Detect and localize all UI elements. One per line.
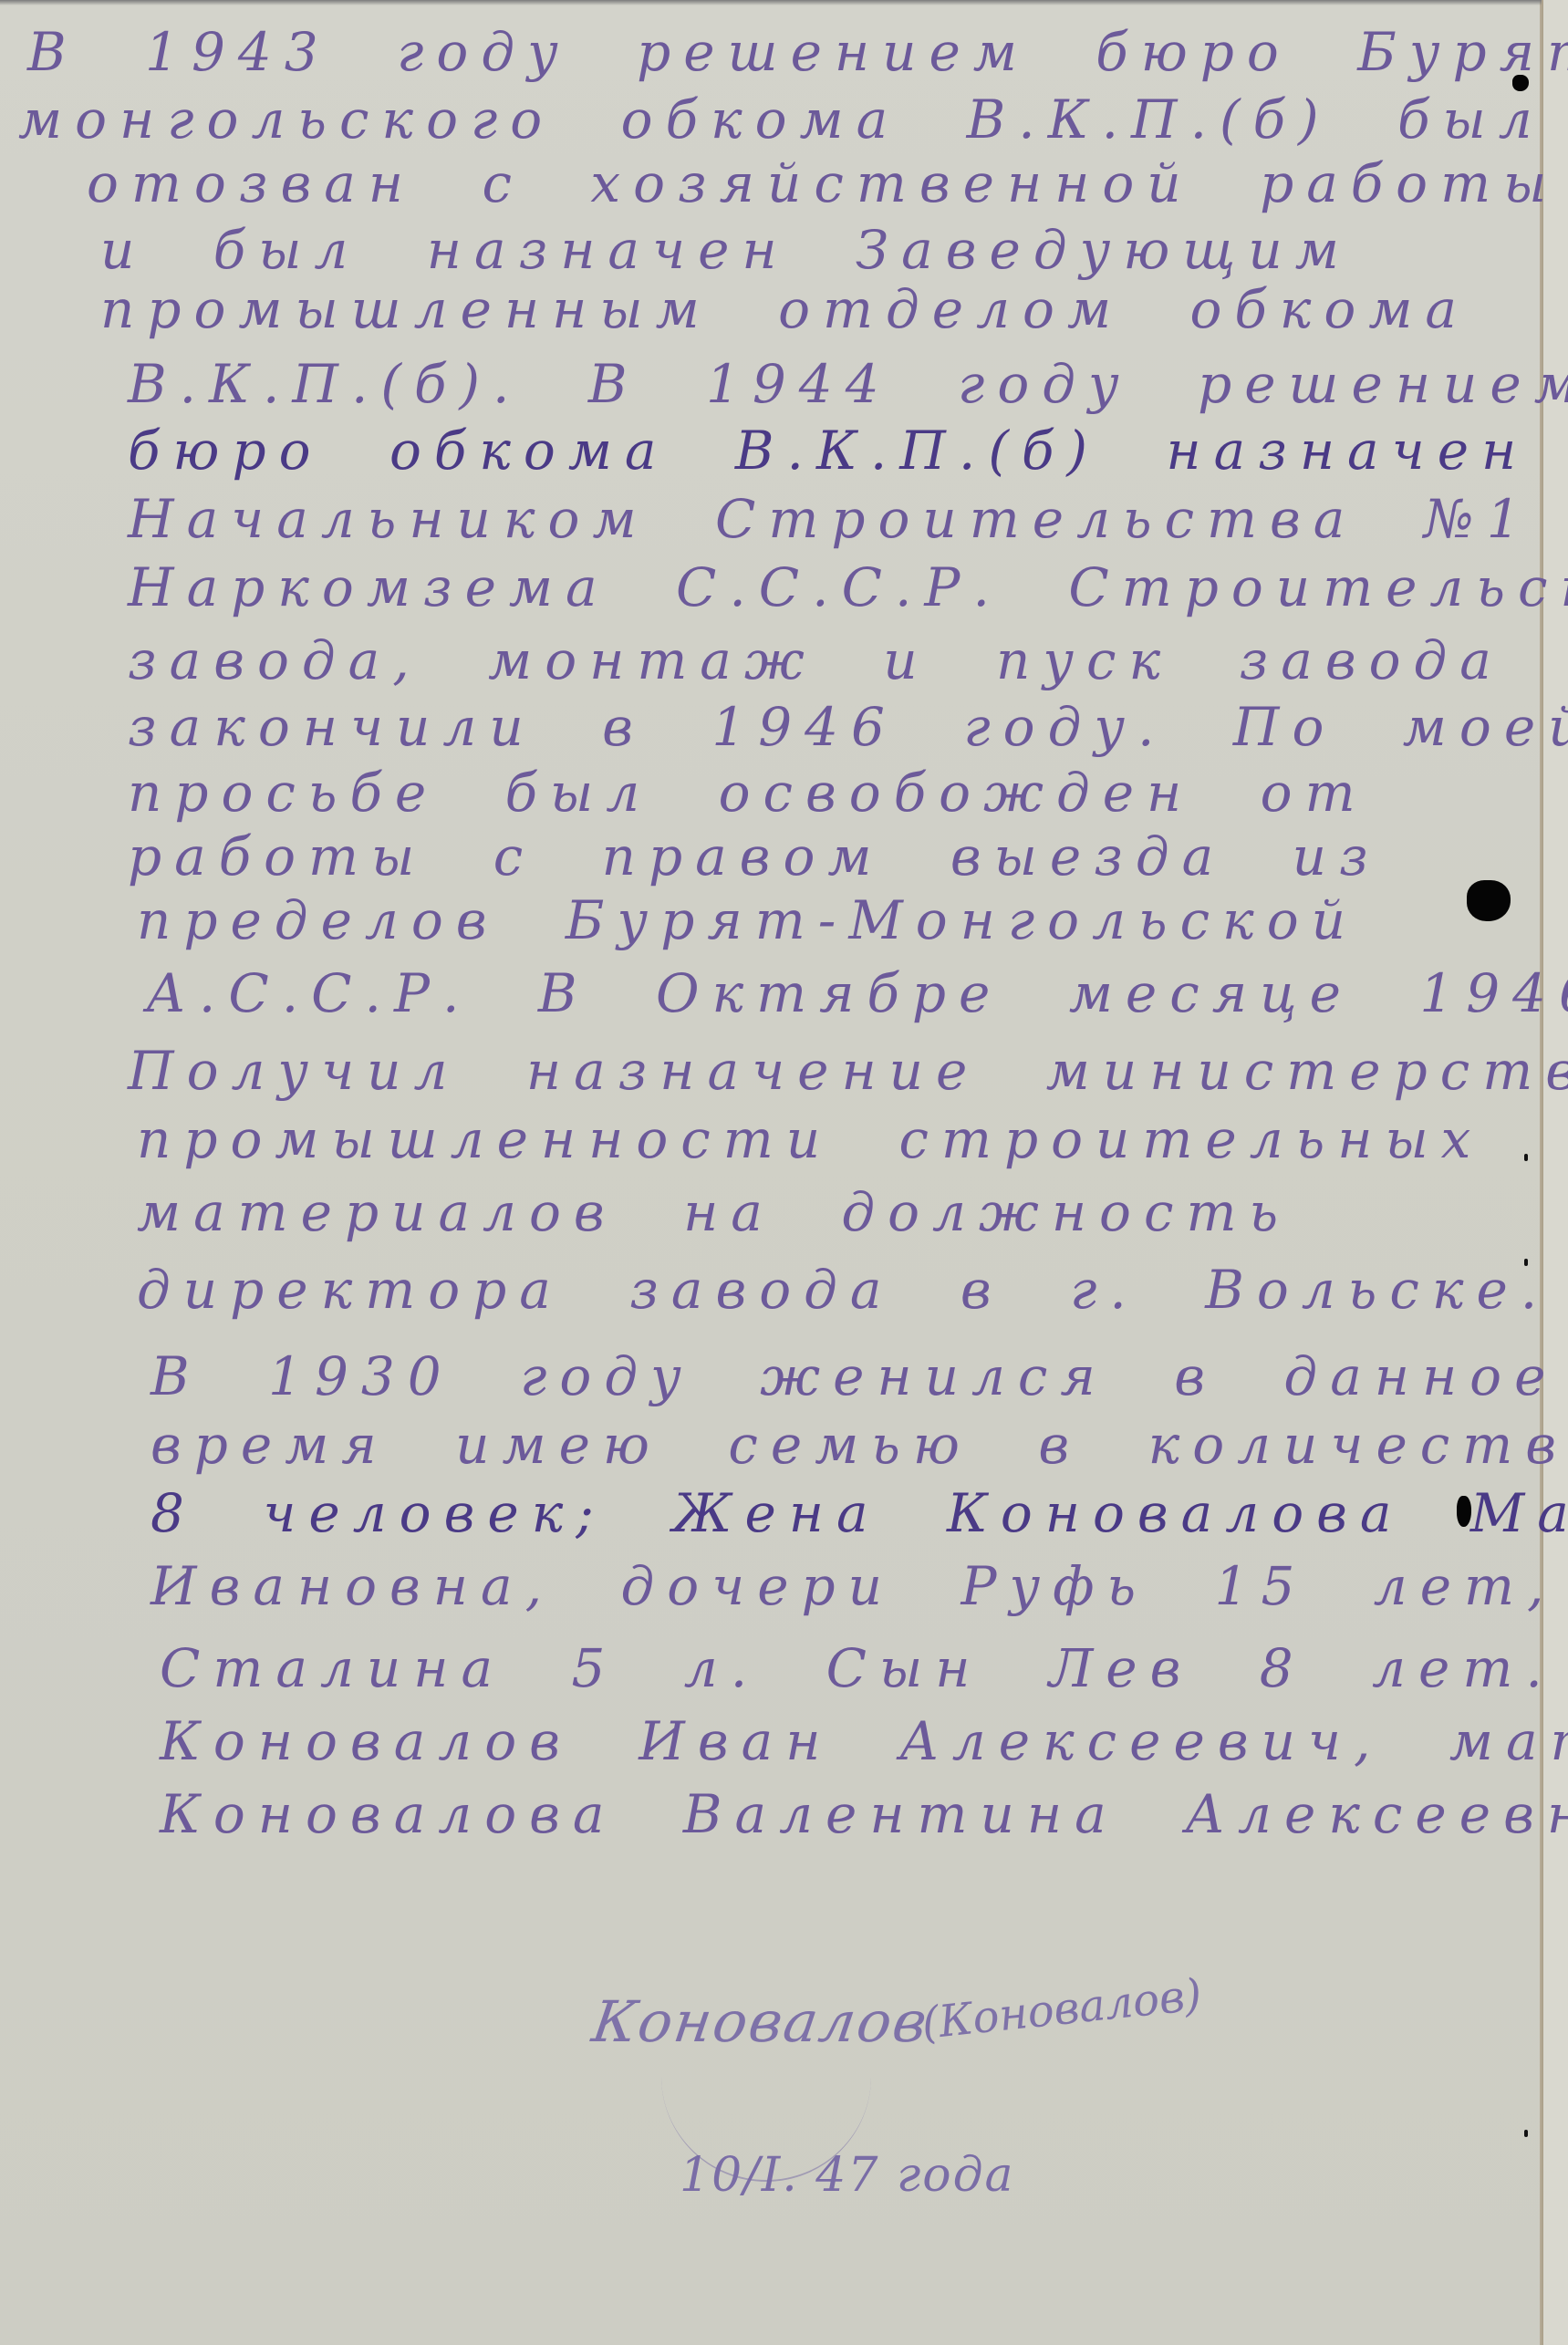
text-line: промышленным отделом обкома bbox=[100, 283, 1469, 336]
text-line: 8 человек; Жена Коновалова Мария bbox=[151, 1487, 1568, 1540]
text-line: материалов на должность bbox=[137, 1186, 1291, 1239]
speck bbox=[1524, 2130, 1528, 2137]
text-line: промышленности строительных bbox=[137, 1113, 1483, 1166]
text-line: Коновалов Иван Алексеевич, мать bbox=[160, 1715, 1568, 1768]
text-line: отозван с хозяйственной работы bbox=[87, 157, 1559, 210]
text-line: монгольского обкома В.К.П.(б) был bbox=[18, 93, 1545, 146]
text-line: Наркомзема С.С.С.Р. Строительство bbox=[128, 561, 1568, 614]
text-line: пределов Бурят-Монгольской bbox=[137, 894, 1358, 947]
text-line: закончили в 1946 году. По моей личной bbox=[128, 700, 1568, 753]
text-line: директора завода в г. Вольске. bbox=[137, 1263, 1550, 1316]
text-line: и был назначен Заведующим bbox=[100, 223, 1352, 276]
top-shadow bbox=[0, 0, 1542, 5]
document-date: 10/I. 47 года bbox=[680, 2148, 1015, 2203]
text-line: Начальником Строительства №1 bbox=[128, 493, 1533, 545]
text-line: время имею семью в количестве bbox=[151, 1418, 1568, 1471]
punch-hole bbox=[1467, 880, 1511, 921]
text-line: В.К.П.(б). В 1944 году решением bbox=[128, 358, 1568, 410]
speck bbox=[1524, 1259, 1528, 1266]
text-line: В 1930 году женился в данное bbox=[151, 1350, 1558, 1403]
text-line: А.С.С.Р. В Октябре месяце 1946 г. bbox=[146, 967, 1568, 1020]
underlying-page bbox=[1543, 0, 1568, 2345]
ink-spot bbox=[1512, 75, 1529, 91]
text-line: В 1943 году решением бюро Бурято- bbox=[27, 26, 1568, 78]
speck bbox=[1524, 1154, 1528, 1161]
text-line: просьбе был освобожден от bbox=[128, 766, 1368, 819]
text-line: работы с правом выезда из bbox=[128, 830, 1381, 883]
text-line: Сталина 5 л. Сын Лев 8 лет. Отец bbox=[160, 1642, 1568, 1695]
text-line: Ивановна, дочери Руфь 15 лет, Бела 12 л. bbox=[151, 1560, 1568, 1613]
ink-blot bbox=[1457, 1496, 1471, 1527]
text-line: завода, монтаж и пуск завода bbox=[128, 634, 1504, 687]
text-line: Коновалова Валентина Алексеевна. bbox=[160, 1788, 1568, 1841]
text-line: бюро обкома В.К.П.(б) назначен bbox=[128, 424, 1529, 477]
text-line: Получил назначение министерства bbox=[128, 1044, 1568, 1097]
